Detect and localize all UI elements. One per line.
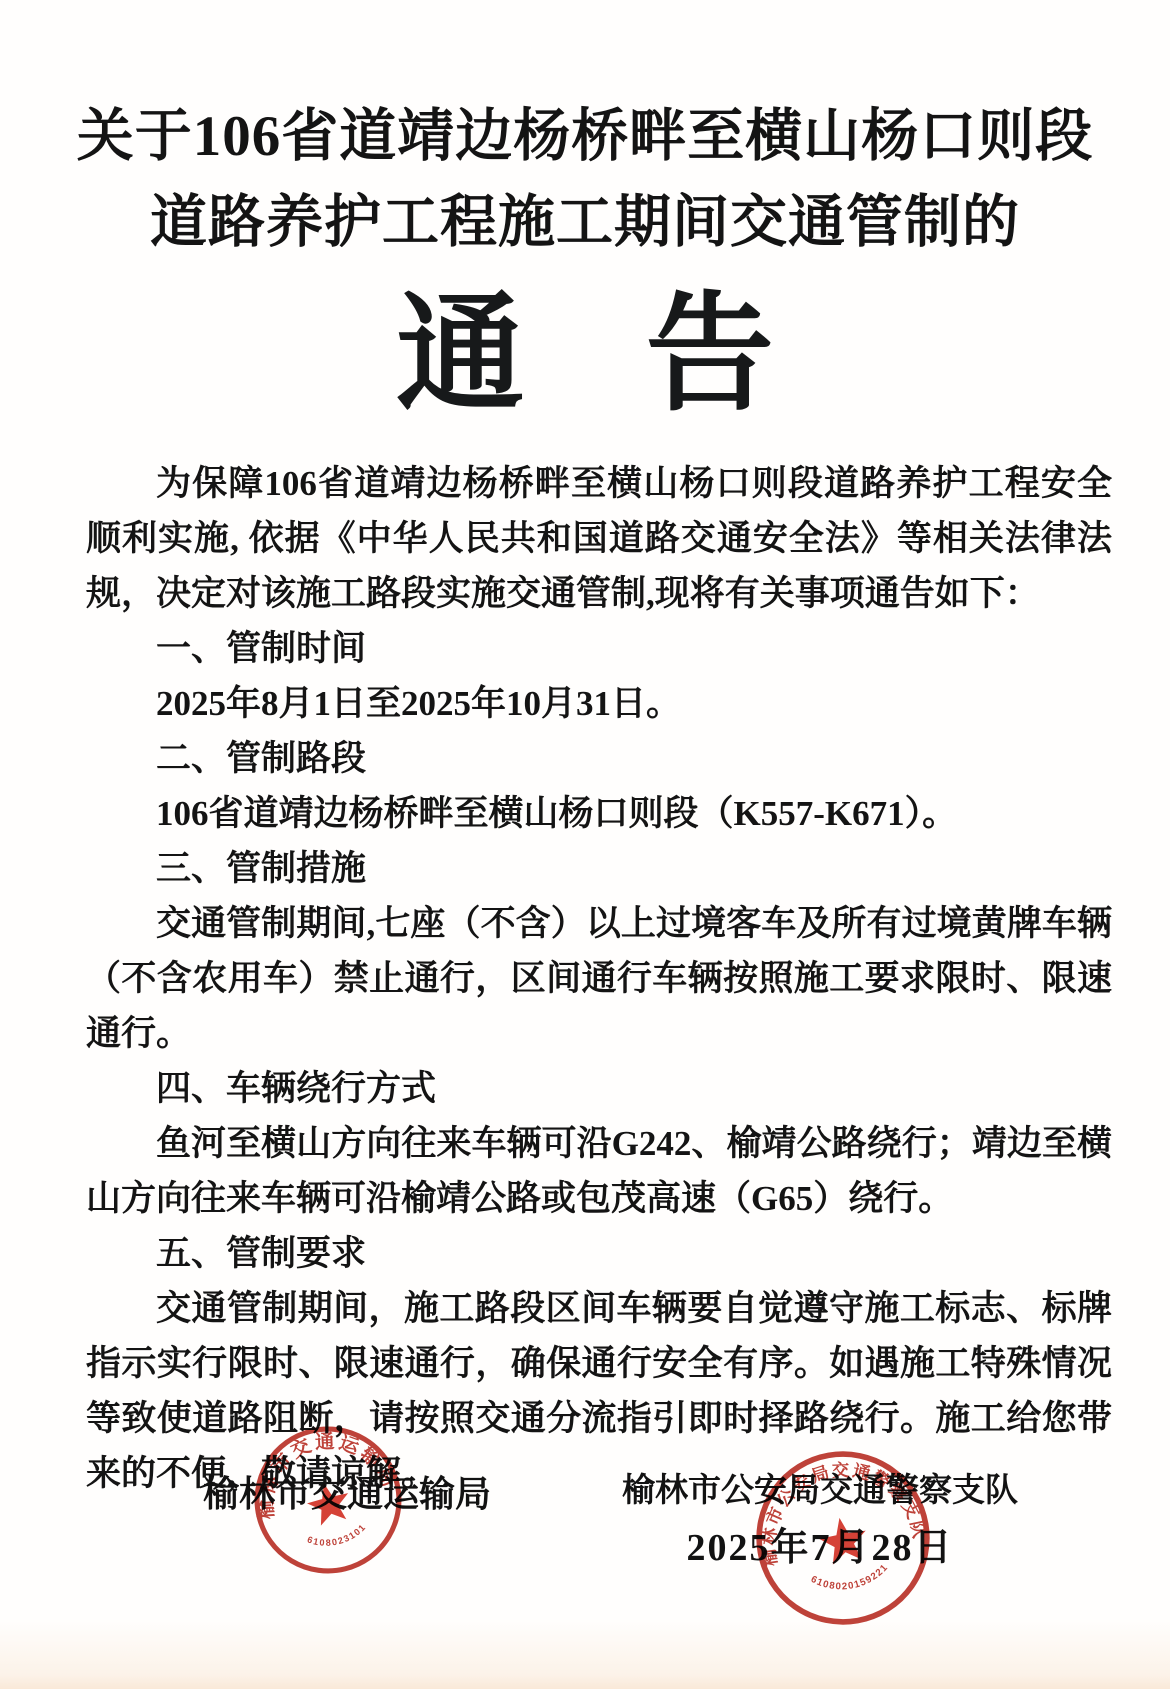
paragraph: 为保障106省道靖边杨桥畔至横山杨口则段道路养护工程安全顺利实施, 依据《中华人…	[86, 456, 1112, 621]
notice-title-line1: 关于106省道靖边杨桥畔至横山杨口则段	[0, 94, 1170, 180]
paragraph: 五、管制要求	[86, 1226, 1112, 1281]
paragraph: 106省道靖边杨桥畔至横山杨口则段（K557-K671）。	[86, 786, 1112, 841]
svg-text:6108020159221: 6108020159221	[807, 1561, 893, 1599]
notice-document: 关于106省道靖边杨桥畔至横山杨口则段 道路养护工程施工期间交通管制的 通告 为…	[0, 0, 1170, 1689]
star-icon	[816, 1514, 870, 1566]
paragraph: 三、管制措施	[86, 841, 1112, 896]
paragraph: 鱼河至横山方向往来车辆可沿G242、榆靖公路绕行；靖边至横山方向往来车辆可沿榆靖…	[86, 1116, 1112, 1226]
paragraph: 四、车辆绕行方式	[86, 1061, 1112, 1116]
official-seal-right-icon: 榆林市公安局交通警察支队 6108020159221	[739, 1434, 948, 1643]
seal-code: 6108023101	[304, 1520, 371, 1554]
star-icon	[303, 1478, 354, 1527]
svg-text:6108023101: 6108023101	[304, 1520, 371, 1554]
notice-heading: 通告	[0, 280, 1170, 430]
paragraph: 二、管制路段	[86, 731, 1112, 786]
paragraph: 一、管制时间	[86, 621, 1112, 676]
notice-title-line2: 道路养护工程施工期间交通管制的	[0, 180, 1170, 266]
seal-code: 6108020159221	[807, 1561, 893, 1599]
official-seal-left-icon: 榆林市交通运输局 6108023101	[236, 1408, 420, 1592]
signature-area: 榆林市交通运输局 榆林市公安局交通警察支队 2025年7月28日 榆林市交通运输…	[0, 1400, 1170, 1680]
notice-body: 为保障106省道靖边杨桥畔至横山杨口则段道路养护工程安全顺利实施, 依据《中华人…	[86, 456, 1112, 1501]
notice-title: 关于106省道靖边杨桥畔至横山杨口则段 道路养护工程施工期间交通管制的	[0, 94, 1170, 266]
paragraph: 2025年8月1日至2025年10月31日。	[86, 676, 1112, 731]
paragraph: 交通管制期间,七座（不含）以上过境客车及所有过境黄牌车辆（不含农用车）禁止通行，…	[86, 896, 1112, 1061]
